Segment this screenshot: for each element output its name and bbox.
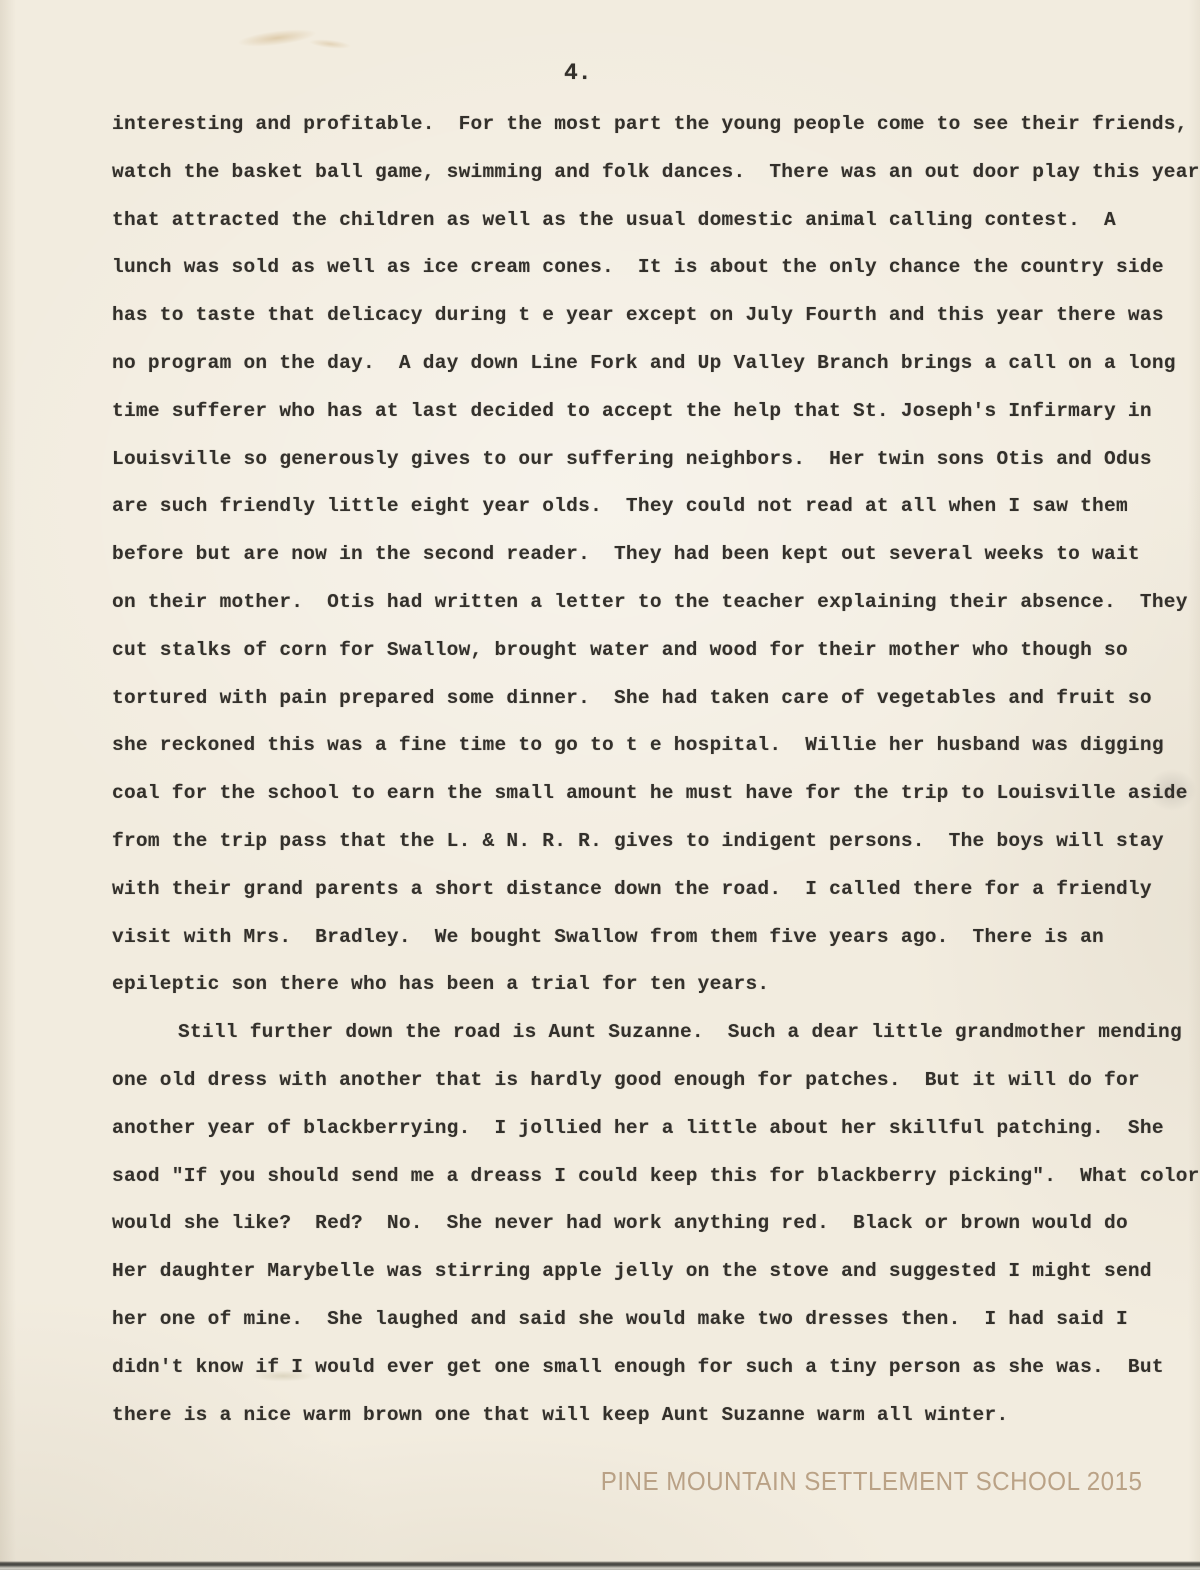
text-line: another year of blackberrying. I jollied…: [112, 1105, 1192, 1153]
watermark: PINE MOUNTAIN SETTLEMENT SCHOOL 2015: [600, 1466, 1142, 1497]
text-line: on their mother. Otis had written a lett…: [112, 579, 1192, 627]
text-line: Her daughter Marybelle was stirring appl…: [112, 1248, 1192, 1296]
paper-crease: [300, 35, 361, 53]
text-line: her one of mine. She laughed and said sh…: [112, 1296, 1192, 1344]
text-line: has to taste that delicacy during t e ye…: [112, 292, 1192, 340]
text-line: one old dress with another that is hardl…: [112, 1057, 1192, 1105]
text-line: would she like? Red? No. She never had w…: [112, 1200, 1192, 1248]
text-line: watch the basket ball game, swimming and…: [112, 149, 1192, 197]
text-line: cut stalks of corn for Swallow, brought …: [112, 627, 1192, 675]
text-line: lunch was sold as well as ice cream cone…: [112, 244, 1192, 292]
text-line: didn't know if I would ever get one smal…: [112, 1344, 1192, 1392]
text-line: before but are now in the second reader.…: [112, 531, 1192, 579]
text-line: Still further down the road is Aunt Suza…: [112, 1009, 1192, 1057]
text-line: there is a nice warm brown one that will…: [112, 1392, 1192, 1440]
text-line: coal for the school to earn the small am…: [112, 770, 1192, 818]
document-page: 4. interesting and profitable. For the m…: [0, 0, 1200, 1570]
text-line: that attracted the children as well as t…: [112, 197, 1192, 245]
typewritten-text: interesting and profitable. For the most…: [112, 101, 1192, 1439]
paper-crease: [221, 21, 333, 54]
text-line: tortured with pain prepared some dinner.…: [112, 675, 1192, 723]
scan-bottom-edge: [0, 1561, 1200, 1570]
text-line: no program on the day. A day down Line F…: [112, 340, 1192, 388]
text-line: are such friendly little eight year olds…: [112, 483, 1192, 531]
text-line: saod "If you should send me a dreass I c…: [112, 1153, 1192, 1201]
text-line: Louisville so generously gives to our su…: [112, 436, 1192, 484]
text-line: she reckoned this was a fine time to go …: [112, 722, 1192, 770]
text-line: from the trip pass that the L. & N. R. R…: [112, 818, 1192, 866]
page-number: 4.: [564, 60, 592, 86]
text-line: with their grand parents a short distanc…: [112, 866, 1192, 914]
text-line: visit with Mrs. Bradley. We bought Swall…: [112, 914, 1192, 962]
text-line: time sufferer who has at last decided to…: [112, 388, 1192, 436]
text-line: interesting and profitable. For the most…: [112, 101, 1192, 149]
text-line: epileptic son there who has been a trial…: [112, 961, 1192, 1009]
